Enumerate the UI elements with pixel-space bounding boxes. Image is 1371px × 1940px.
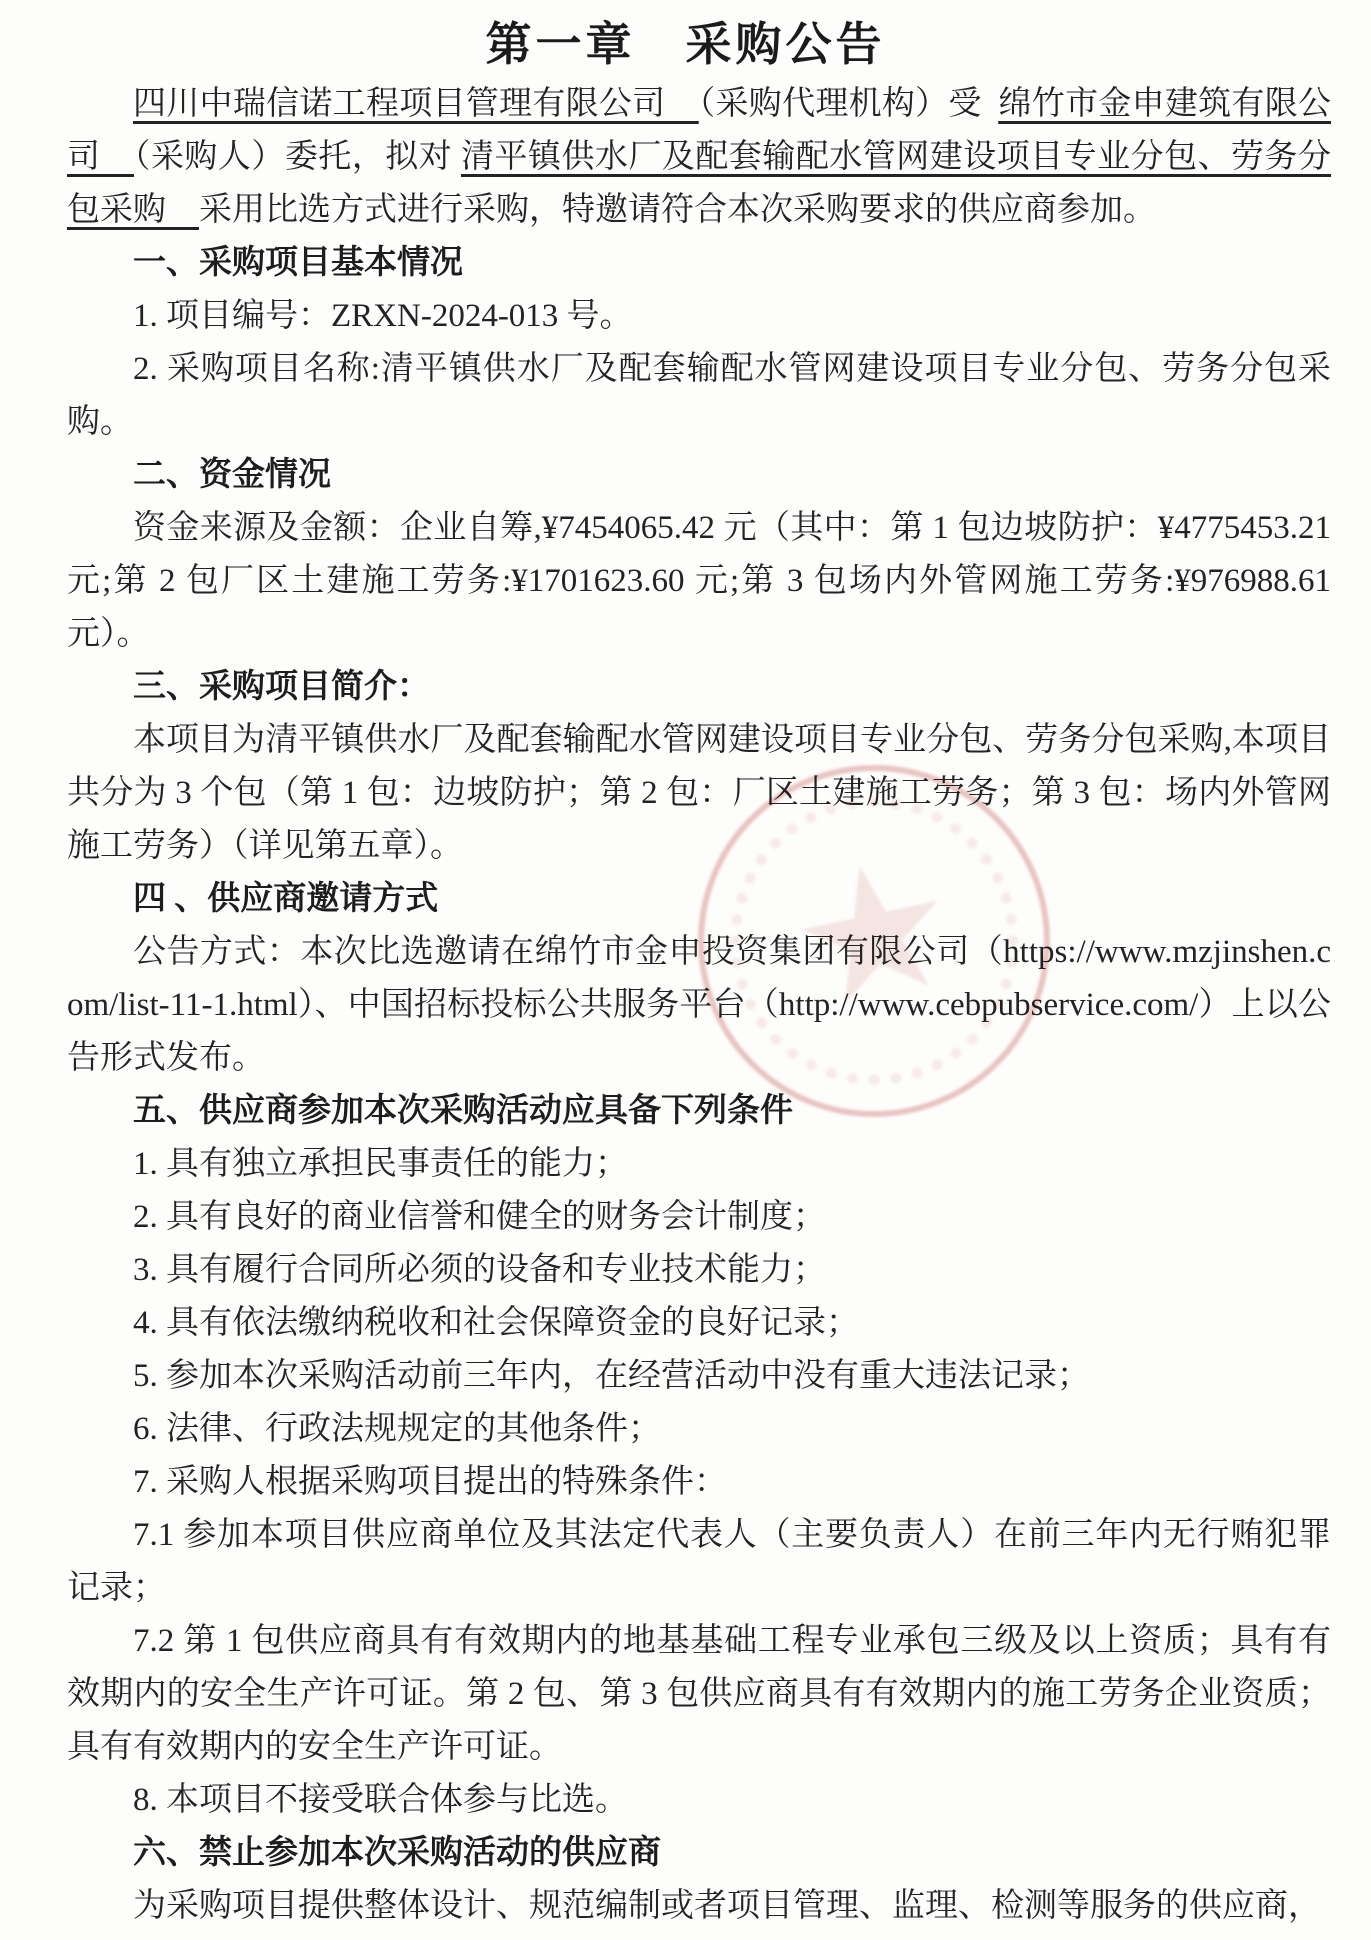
text-run: 6. 法律、行政法规规定的其他条件；: [133, 1411, 661, 1447]
paragraph: 2. 采购项目名称:清平镇供水厂及配套输配水管网建设项目专业分包、劳务分包采购。: [67, 343, 1331, 449]
paragraph: 7.1 参加本项目供应商单位及其法定代表人（主要负责人）在前三年内无行贿犯罪记录…: [67, 1509, 1331, 1615]
paragraph: 四川中瑞信诺工程项目管理有限公司 （采购代理机构）受 绵竹市金申建筑有限公司 （…: [67, 78, 1331, 237]
text-run: 二、资金情况: [133, 457, 331, 493]
paragraph: 本项目为清平镇供水厂及配套输配水管网建设项目专业分包、劳务分包采购,本项目共分为…: [67, 714, 1331, 873]
paragraph: 公告方式：本次比选邀请在绵竹市金申投资集团有限公司（https://www.mz…: [67, 926, 1331, 1085]
paragraph: 1. 项目编号：ZRXN-2024-013 号。: [67, 290, 1331, 343]
paragraph: 1. 具有独立承担民事责任的能力；: [67, 1138, 1331, 1191]
text-run: 2. 采购项目名称:清平镇供水厂及配套输配水管网建设项目专业分包、劳务分包采购。: [67, 351, 1331, 440]
document-page: 第一章 采购公告 四川中瑞信诺工程项目管理有限公司 （采购代理机构）受 绵竹市金…: [0, 0, 1371, 1940]
text-run: 公告方式：本次比选邀请在绵竹市金申投资集团有限公司（https://www.mz…: [67, 934, 1331, 1076]
paragraph: 7. 采购人根据采购项目提出的特殊条件：: [67, 1456, 1331, 1509]
paragraph: 7.2 第 1 包供应商具有有效期内的地基基础工程专业承包三级及以上资质；具有有…: [67, 1615, 1331, 1774]
section-heading: 六、禁止参加本次采购活动的供应商: [67, 1827, 1331, 1880]
paragraph: 为采购项目提供整体设计、规范编制或者项目管理、监理、检测等服务的供应商，: [67, 1880, 1331, 1933]
text-run: 六、禁止参加本次采购活动的供应商: [133, 1835, 661, 1871]
text-run: 一、采购项目基本情况: [133, 245, 463, 281]
paragraph: 资金来源及金额：企业自筹,¥7454065.42 元（其中：第 1 包边坡防护：…: [67, 502, 1331, 661]
text-run: （采购人）委托，拟对: [134, 139, 461, 175]
text-run: 1. 项目编号：ZRXN-2024-013 号。: [133, 298, 633, 334]
text-run: （采购代理机构）受: [699, 86, 999, 122]
paragraph: 8. 本项目不接受联合体参与比选。: [67, 1774, 1331, 1827]
text-run: 本项目为清平镇供水厂及配套输配水管网建设项目专业分包、劳务分包采购,本项目共分为…: [67, 722, 1331, 864]
document-body: 四川中瑞信诺工程项目管理有限公司 （采购代理机构）受 绵竹市金申建筑有限公司 （…: [67, 78, 1331, 1933]
text-run: 2. 具有良好的商业信誉和健全的财务会计制度；: [133, 1199, 826, 1235]
text-run: 7.2 第 1 包供应商具有有效期内的地基基础工程专业承包三级及以上资质；具有有…: [67, 1623, 1331, 1765]
paragraph: 3. 具有履行合同所必须的设备和专业技术能力；: [67, 1244, 1331, 1297]
text-run: 4. 具有依法缴纳税收和社会保障资金的良好记录；: [133, 1305, 859, 1341]
text-run: 三、采购项目简介：: [133, 669, 430, 705]
text-run: 四 、供应商邀请方式: [133, 881, 438, 917]
text-run: 采用比选方式进行采购，特邀请符合本次采购要求的供应商参加。: [199, 192, 1156, 228]
paragraph: 4. 具有依法缴纳税收和社会保障资金的良好记录；: [67, 1297, 1331, 1350]
text-run: 3. 具有履行合同所必须的设备和专业技术能力；: [133, 1252, 826, 1288]
paragraph: 2. 具有良好的商业信誉和健全的财务会计制度；: [67, 1191, 1331, 1244]
section-heading: 一、采购项目基本情况: [67, 237, 1331, 290]
section-heading: 五、供应商参加本次采购活动应具备下列条件: [67, 1085, 1331, 1138]
text-run: 7.1 参加本项目供应商单位及其法定代表人（主要负责人）在前三年内无行贿犯罪记录…: [67, 1517, 1331, 1606]
paragraph: 5. 参加本次采购活动前三年内，在经营活动中没有重大违法记录；: [67, 1350, 1331, 1403]
text-run: 5. 参加本次采购活动前三年内，在经营活动中没有重大违法记录；: [133, 1358, 1090, 1394]
section-heading: 三、采购项目简介：: [67, 661, 1331, 714]
text-run: 资金来源及金额：企业自筹,¥7454065.42 元（其中：第 1 包边坡防护：…: [67, 510, 1331, 652]
text-run: 1. 具有独立承担民事责任的能力；: [133, 1146, 628, 1182]
section-heading: 四 、供应商邀请方式: [67, 873, 1331, 926]
text-run: 五、供应商参加本次采购活动应具备下列条件: [133, 1093, 793, 1129]
paragraph: 6. 法律、行政法规规定的其他条件；: [67, 1403, 1331, 1456]
text-run: 为采购项目提供整体设计、规范编制或者项目管理、监理、检测等服务的供应商，: [133, 1888, 1321, 1924]
chapter-title: 第一章 采购公告: [0, 16, 1371, 74]
section-heading: 二、资金情况: [67, 449, 1331, 502]
underlined-field: 四川中瑞信诺工程项目管理有限公司: [133, 86, 699, 122]
text-run: 7. 采购人根据采购项目提出的特殊条件：: [133, 1464, 727, 1500]
text-run: 8. 本项目不接受联合体参与比选。: [133, 1782, 628, 1818]
